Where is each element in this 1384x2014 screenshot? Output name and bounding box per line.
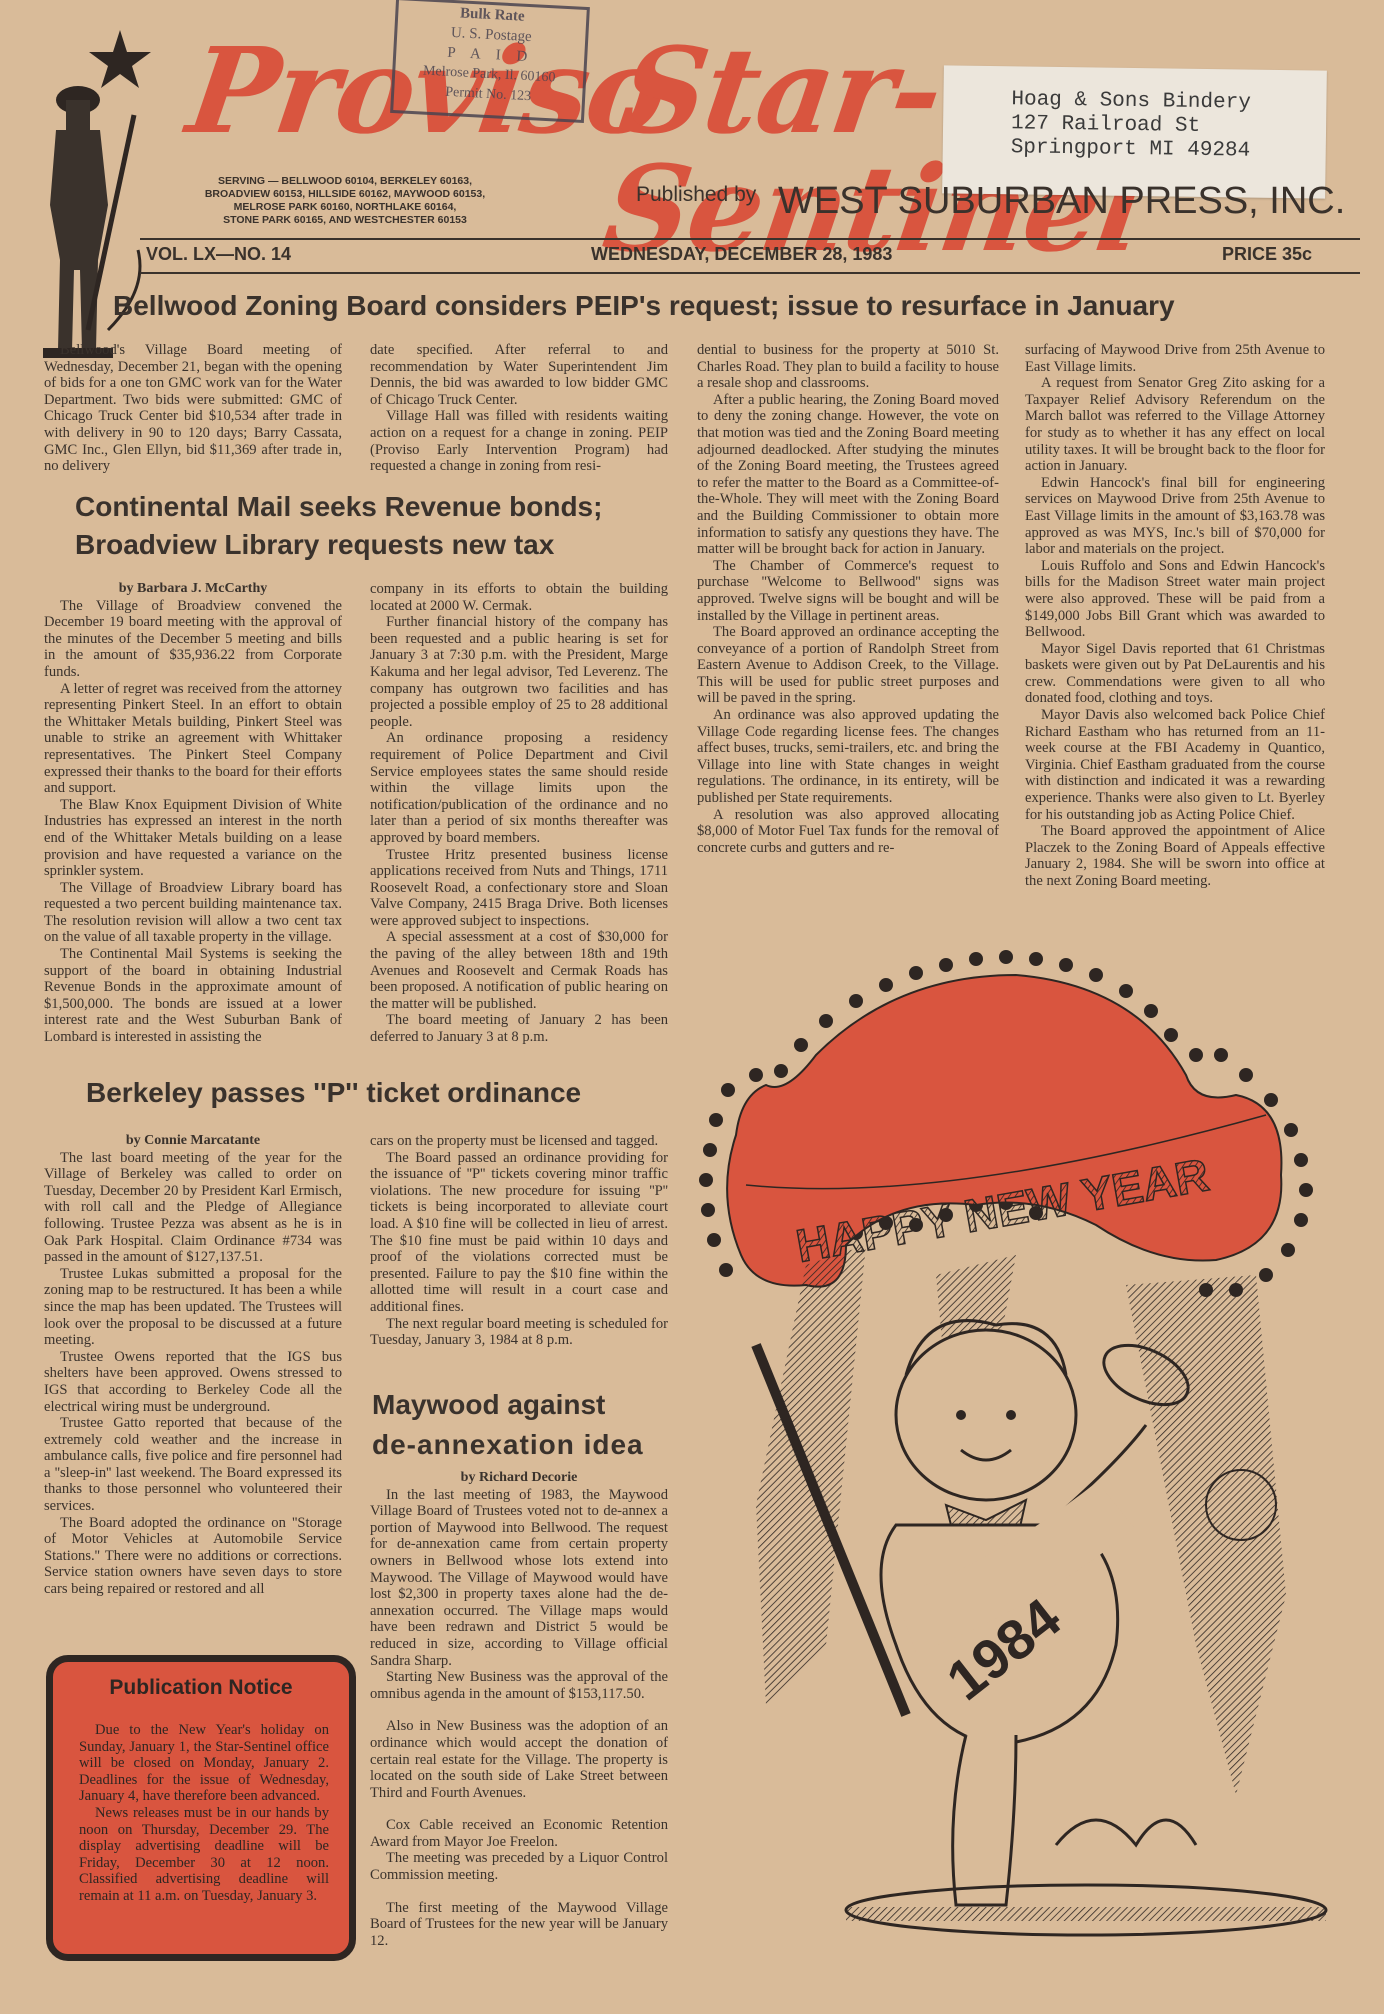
serving-line: MELROSE PARK 60160, NORTHLAKE 60164,: [170, 201, 520, 214]
paragraph: Mayor Davis also welcomed back Police Ch…: [1025, 707, 1325, 823]
publisher-name: WEST SUBURBAN PRESS, INC.: [778, 180, 1345, 223]
serving-line: SERVING — BELLWOOD 60104, BERKELEY 60163…: [170, 175, 520, 188]
bellwood-col-2: date specified. After referral to and re…: [370, 342, 668, 475]
paragraph: Cox Cable received an Economic Retention…: [370, 1817, 668, 1850]
paragraph: The Board approved the appointment of Al…: [1025, 823, 1325, 889]
postage-stamp: Bulk Rate U. S. Postage P A I D Melrose …: [390, 0, 590, 123]
paragraph: The Board approved an ordinance acceptin…: [697, 624, 999, 707]
happy-new-year-illustration: HAPPY NEW YEAR 1984: [696, 945, 1336, 1965]
paragraph: date specified. After referral to and re…: [370, 342, 668, 408]
serving-areas: SERVING — BELLWOOD 60104, BERKELEY 60163…: [170, 175, 520, 227]
paragraph: cars on the property must be licensed an…: [370, 1133, 668, 1150]
byline: by Connie Marcatante: [44, 1133, 342, 1150]
broadview-col-2: company in its efforts to obtain the bui…: [370, 581, 668, 1046]
paragraph: Further financial history of the company…: [370, 614, 668, 730]
notice-title: Publication Notice: [53, 1676, 349, 1700]
notice-paragraph: News releases must be in our hands by no…: [79, 1805, 329, 1905]
paragraph: The Village of Broadview convened the De…: [44, 598, 342, 681]
paragraph: An ordinance proposing a residency requi…: [370, 730, 668, 846]
bellwood-headline: Bellwood Zoning Board considers PEIP's r…: [113, 290, 1175, 322]
serving-line: STONE PARK 60165, AND WESTCHESTER 60153: [170, 214, 520, 227]
paragraph: Trustee Gatto reported that because of t…: [44, 1415, 342, 1515]
paragraph: After a public hearing, the Zoning Board…: [697, 392, 999, 558]
mailing-label: Hoag & Sons Bindery 127 Railroad St Spri…: [942, 65, 1327, 198]
paragraph: Louis Ruffolo and Sons and Edwin Hancock…: [1025, 558, 1325, 641]
paragraph: A resolution was also approved allocatin…: [697, 807, 999, 857]
paragraph: A letter of regret was received from the…: [44, 681, 342, 797]
bellwood-col-4: surfacing of Maywood Drive from 25th Ave…: [1025, 342, 1325, 890]
bellwood-col-3: dential to business for the property at …: [697, 342, 999, 856]
paragraph: The next regular board meeting is schedu…: [370, 1316, 668, 1349]
label-line: Springport MI 49284: [943, 135, 1326, 164]
serving-line: BROADVIEW 60153, HILLSIDE 60162, MAYWOOD…: [170, 188, 520, 201]
byline: by Barbara J. McCarthy: [44, 581, 342, 598]
berkeley-headline: Berkeley passes ''P'' ticket ordinance: [86, 1077, 581, 1109]
paragraph: Edwin Hancock's final bill for engineeri…: [1025, 475, 1325, 558]
paragraph: An ordinance was also approved updating …: [697, 707, 999, 807]
paragraph: The meeting was preceded by a Liquor Con…: [370, 1850, 668, 1883]
paragraph: The first meeting of the Maywood Village…: [370, 1900, 668, 1950]
paragraph: Trustee Hritz presented business license…: [370, 847, 668, 930]
paragraph: surfacing of Maywood Drive from 25th Ave…: [1025, 342, 1325, 375]
maywood-headline: Maywood against de-annexation idea: [372, 1385, 644, 1465]
paragraph: Trustee Lukas submitted a proposal for t…: [44, 1266, 342, 1349]
headline-line: de-annexation idea: [372, 1425, 644, 1465]
issue-date: WEDNESDAY, DECEMBER 28, 1983: [591, 244, 892, 265]
paragraph: company in its efforts to obtain the bui…: [370, 581, 668, 614]
masthead-top-rule: [140, 238, 1360, 240]
paragraph: Trustee Owens reported that the IGS bus …: [44, 1349, 342, 1415]
headline-line: Continental Mail seeks Revenue bonds;: [75, 488, 602, 526]
paragraph: Village Hall was filled with residents w…: [370, 408, 668, 474]
published-by-label: Published by: [636, 183, 756, 207]
masthead-bottom-rule: [140, 272, 1360, 274]
publication-notice-box: Publication Notice Due to the New Year's…: [46, 1655, 356, 1961]
berkeley-col-2: cars on the property must be licensed an…: [370, 1133, 668, 1349]
paragraph: The Board adopted the ordinance on ''Sto…: [44, 1515, 342, 1598]
paragraph: The board meeting of January 2 has been …: [370, 1012, 668, 1045]
paragraph: Bellwood's Village Board meeting of Wedn…: [44, 342, 342, 475]
headline-line: Maywood against: [372, 1385, 644, 1425]
paragraph: The Continental Mail Systems is seeking …: [44, 946, 342, 1046]
paragraph: In the last meeting of 1983, the Maywood…: [370, 1487, 668, 1670]
byline: by Richard Decorie: [370, 1470, 668, 1487]
maywood-col: by Richard Decorie In the last meeting o…: [370, 1470, 668, 1949]
paragraph: A special assessment at a cost of $30,00…: [370, 929, 668, 1012]
broadview-col-1: by Barbara J. McCarthy The Village of Br…: [44, 581, 342, 1046]
paragraph: The Blaw Knox Equipment Division of Whit…: [44, 797, 342, 880]
broadview-headline: Continental Mail seeks Revenue bonds; Br…: [75, 488, 602, 564]
headline-line: Broadview Library requests new tax: [75, 526, 602, 564]
bellwood-col-1: Bellwood's Village Board meeting of Wedn…: [44, 342, 342, 475]
paragraph: The Village of Broadview Library board h…: [44, 880, 342, 946]
paragraph: Starting New Business was the approval o…: [370, 1669, 668, 1702]
paragraph: Also in New Business was the adoption of…: [370, 1718, 668, 1801]
price: PRICE 35c: [1222, 244, 1312, 265]
star-icon: [89, 30, 151, 88]
paragraph: A request from Senator Greg Zito asking …: [1025, 375, 1325, 475]
paragraph: dential to business for the property at …: [697, 342, 999, 392]
notice-paragraph: Due to the New Year's holiday on Sunday,…: [79, 1722, 329, 1805]
baby-new-year-icon: HAPPY NEW YEAR 1984: [696, 945, 1336, 1965]
paragraph: The Chamber of Commerce's request to pur…: [697, 558, 999, 624]
paragraph: The last board meeting of the year for t…: [44, 1150, 342, 1266]
paragraph: The Board passed an ordinance providing …: [370, 1150, 668, 1316]
volume-number: VOL. LX—NO. 14: [146, 244, 291, 265]
paragraph: Mayor Sigel Davis reported that 61 Chris…: [1025, 641, 1325, 707]
berkeley-col-1: by Connie Marcatante The last board meet…: [44, 1133, 342, 1598]
